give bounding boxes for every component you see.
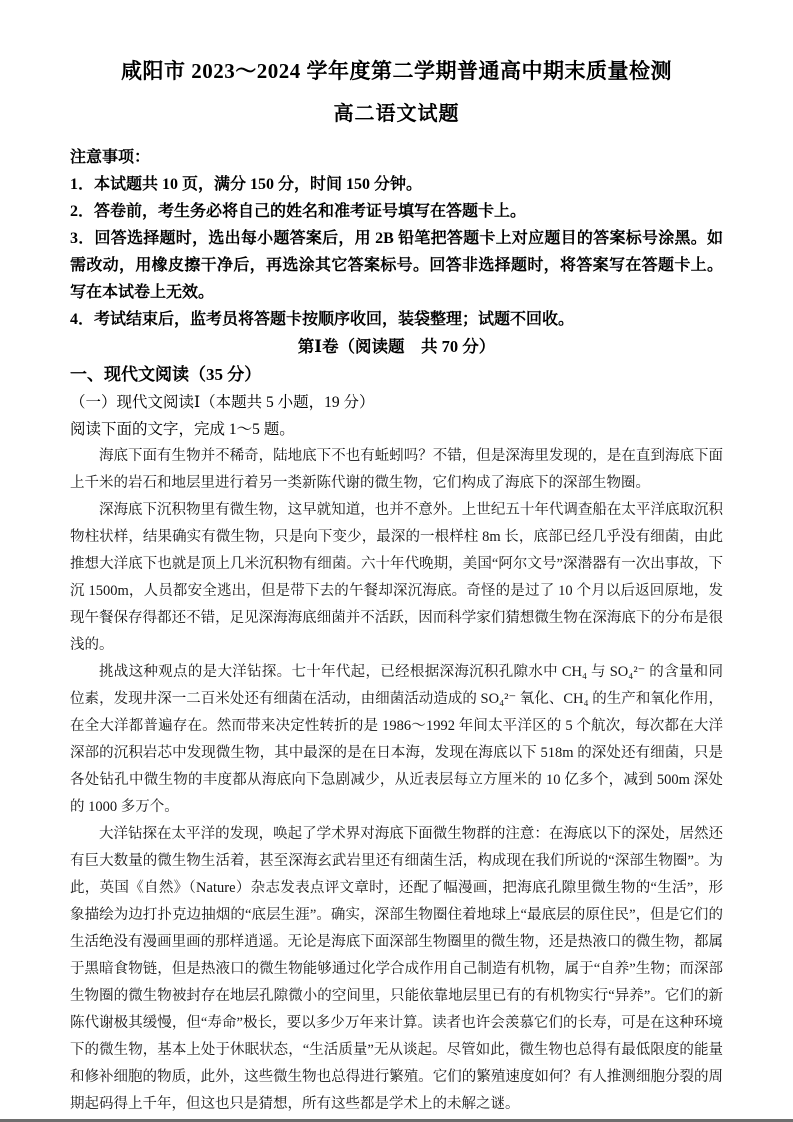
- volume-heading: 第Ⅰ卷（阅读题 共 70 分）: [70, 333, 723, 361]
- reading-passage: 海底下面有生物并不稀奇，陆地底下不也有蚯蚓吗？不错，但是深海里发现的，是在直到海…: [70, 443, 723, 1118]
- reading-instruction: 阅读下面的文字，完成 1～5 题。: [70, 416, 723, 443]
- notice-item-3: 3．回答选择题时，选出每小题答案后，用 2B 铅笔把答题卡上对应题目的答案标号涂…: [70, 225, 723, 306]
- notice-item-1: 1．本试题共 10 页，满分 150 分，时间 150 分钟。: [70, 171, 723, 198]
- passage-paragraph-1: 海底下面有生物并不稀奇，陆地底下不也有蚯蚓吗？不错，但是深海里发现的，是在直到海…: [70, 443, 723, 497]
- reading-subsection-heading: （一）现代文阅读Ⅰ（本题共 5 小题，19 分）: [70, 389, 723, 416]
- notice-item-2: 2．答卷前，考生务必将自己的姓名和准考证号填写在答题卡上。: [70, 198, 723, 225]
- page-content: 咸阳市 2023～2024 学年度第二学期普通高中期末质量检测 高二语文试题 注…: [0, 0, 793, 1118]
- exam-title: 咸阳市 2023～2024 学年度第二学期普通高中期末质量检测: [70, 56, 723, 86]
- reading-section-heading: 一、现代文阅读（35 分）: [70, 361, 723, 389]
- passage-paragraph-2: 深海底下沉积物里有微生物，这早就知道，也并不意外。上世纪五十年代调查船在太平洋底…: [70, 497, 723, 659]
- exam-subtitle: 高二语文试题: [70, 100, 723, 128]
- notice-section: 注意事项： 1．本试题共 10 页，满分 150 分，时间 150 分钟。 2．…: [70, 144, 723, 333]
- exam-paper-page: 咸阳市 2023～2024 学年度第二学期普通高中期末质量检测 高二语文试题 注…: [0, 0, 793, 1122]
- notice-item-4: 4．考试结束后，监考员将答题卡按顺序收回，装袋整理；试题不回收。: [70, 306, 723, 333]
- passage-paragraph-3: 挑战这种观点的是大洋钻探。七十年代起，已经根据深海沉积孔隙水中 CH₄ 与 SO…: [70, 659, 723, 821]
- passage-paragraph-4: 大洋钻探在太平洋的发现，唤起了学术界对海底下面微生物群的注意：在海底以下的深处，…: [70, 821, 723, 1118]
- notice-heading: 注意事项：: [70, 144, 723, 171]
